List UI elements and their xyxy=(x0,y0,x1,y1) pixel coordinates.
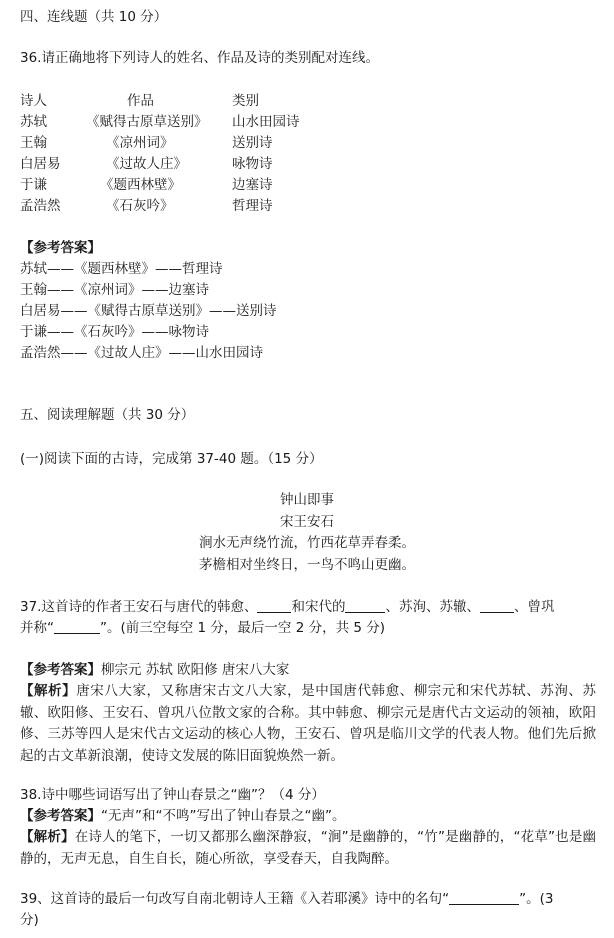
answer-label: 【参考答案】 xyxy=(20,238,101,258)
poem-line: 涧水无声绕竹流，竹西花草弄春柔。 xyxy=(0,533,614,553)
analysis-text: 唐宋八大家，又称唐宋古文八大家，是中国唐代韩愈、柳宗元和宋代苏轼、苏洵、苏辙、欧… xyxy=(20,683,596,764)
fill-blank xyxy=(480,598,514,613)
answer-text: “无声”和“不鸣”写出了钟山春景之“幽”。 xyxy=(101,808,345,824)
column-header-poet: 诗人 xyxy=(20,91,47,111)
analysis-label: 【解析】 xyxy=(20,683,76,699)
answer-line: 孟浩然——《过故人庄》——山水田园诗 xyxy=(20,343,263,363)
column-header-work: 作品 xyxy=(127,91,154,111)
section-4-heading: 四、连线题（共 10 分） xyxy=(20,7,167,27)
work-cell: 《过故人庄》 xyxy=(106,154,187,174)
answer-line: 于谦——《石灰吟》——咏物诗 xyxy=(20,322,209,342)
column-header-category: 类别 xyxy=(232,91,259,111)
q37-text: 和宋代的 xyxy=(291,599,345,615)
q39-text: 39、这首诗的最后一句改写自南北朝诗人王籍《入若耶溪》诗中的名句“ xyxy=(20,891,449,907)
fill-blank xyxy=(54,619,100,634)
fill-blank xyxy=(345,598,385,613)
poet-cell: 白居易 xyxy=(20,154,61,174)
answer-line: 白居易——《赋得古原草送别》——送别诗 xyxy=(20,301,277,321)
question-37-prompt: 37.这首诗的作者王安石与唐代的韩愈、和宋代的、苏洵、苏辙、、曾巩 xyxy=(20,597,554,617)
poet-cell: 于谦 xyxy=(20,175,47,195)
q37-text: 、曾巩 xyxy=(514,599,555,615)
work-cell: 《题西林壁》 xyxy=(100,175,181,195)
answer-label: 【参考答案】 xyxy=(20,662,101,678)
q39-text: ”。(3 xyxy=(519,891,553,907)
answer-line: 苏轼——《题西林壁》——哲理诗 xyxy=(20,259,223,279)
question-37-prompt-cont: 并称“”。(前三空每空 1 分，最后一空 2 分，共 5 分) xyxy=(20,618,385,638)
category-cell: 边塞诗 xyxy=(232,175,273,195)
q37-analysis: 【解析】唐宋八大家，又称唐宋古文八大家，是中国唐代韩愈、柳宗元和宋代苏轼、苏洵、… xyxy=(20,681,596,767)
q37-text: 37.这首诗的作者王安石与唐代的韩愈、 xyxy=(20,599,257,615)
fill-blank xyxy=(449,890,519,905)
work-cell: 《赋得古原草送别》 xyxy=(86,112,208,132)
q38-answer: 【参考答案】“无声”和“不鸣”写出了钟山春景之“幽”。 xyxy=(20,806,345,826)
poem-author: 宋王安石 xyxy=(0,512,614,532)
work-cell: 《石灰吟》 xyxy=(106,196,174,216)
part-1-intro: (一)阅读下面的古诗，完成第 37-40 题。（15 分） xyxy=(20,449,323,469)
answer-line: 王翰——《凉州词》——边塞诗 xyxy=(20,280,209,300)
question-39-prompt: 39、这首诗的最后一句改写自南北朝诗人王籍《入若耶溪》诗中的名句“”。(3 xyxy=(20,889,554,909)
q37-text: 、苏洵、苏辙、 xyxy=(385,599,480,615)
section-5-heading: 五、阅读理解题（共 30 分） xyxy=(20,405,194,425)
fill-blank xyxy=(257,598,291,613)
q38-analysis: 【解析】在诗人的笔下，一切又都那么幽深静寂，“涧”是幽静的，“竹”是幽静的，“花… xyxy=(20,827,596,870)
category-cell: 送别诗 xyxy=(232,133,273,153)
answer-label: 【参考答案】 xyxy=(20,808,101,824)
category-cell: 咏物诗 xyxy=(232,154,273,174)
question-39-prompt-cont: 分) xyxy=(20,910,39,930)
category-cell: 哲理诗 xyxy=(232,196,273,216)
q37-text: 并称“ xyxy=(20,620,54,636)
poem-title: 钟山即事 xyxy=(0,490,614,510)
analysis-label: 【解析】 xyxy=(20,829,75,845)
poet-cell: 王翰 xyxy=(20,133,47,153)
category-cell: 山水田园诗 xyxy=(232,112,300,132)
question-36-prompt: 36.请正确地将下列诗人的姓名、作品及诗的类别配对连线。 xyxy=(20,48,379,68)
q37-answer: 【参考答案】柳宗元 苏轼 欧阳修 唐宋八大家 xyxy=(20,660,289,680)
q37-text: ”。(前三空每空 1 分，最后一空 2 分，共 5 分) xyxy=(100,620,385,636)
poem-line: 茅檐相对坐终日，一鸟不鸣山更幽。 xyxy=(0,555,614,575)
analysis-text: 在诗人的笔下，一切又都那么幽深静寂，“涧”是幽静的，“竹”是幽静的，“花草”也是… xyxy=(20,829,596,867)
poet-cell: 孟浩然 xyxy=(20,196,61,216)
poet-cell: 苏轼 xyxy=(20,112,47,132)
answer-text: 柳宗元 苏轼 欧阳修 唐宋八大家 xyxy=(101,662,289,678)
question-38-prompt: 38.诗中哪些词语写出了钟山春景之“幽”？（4 分） xyxy=(20,785,325,805)
work-cell: 《凉州词》 xyxy=(106,133,174,153)
